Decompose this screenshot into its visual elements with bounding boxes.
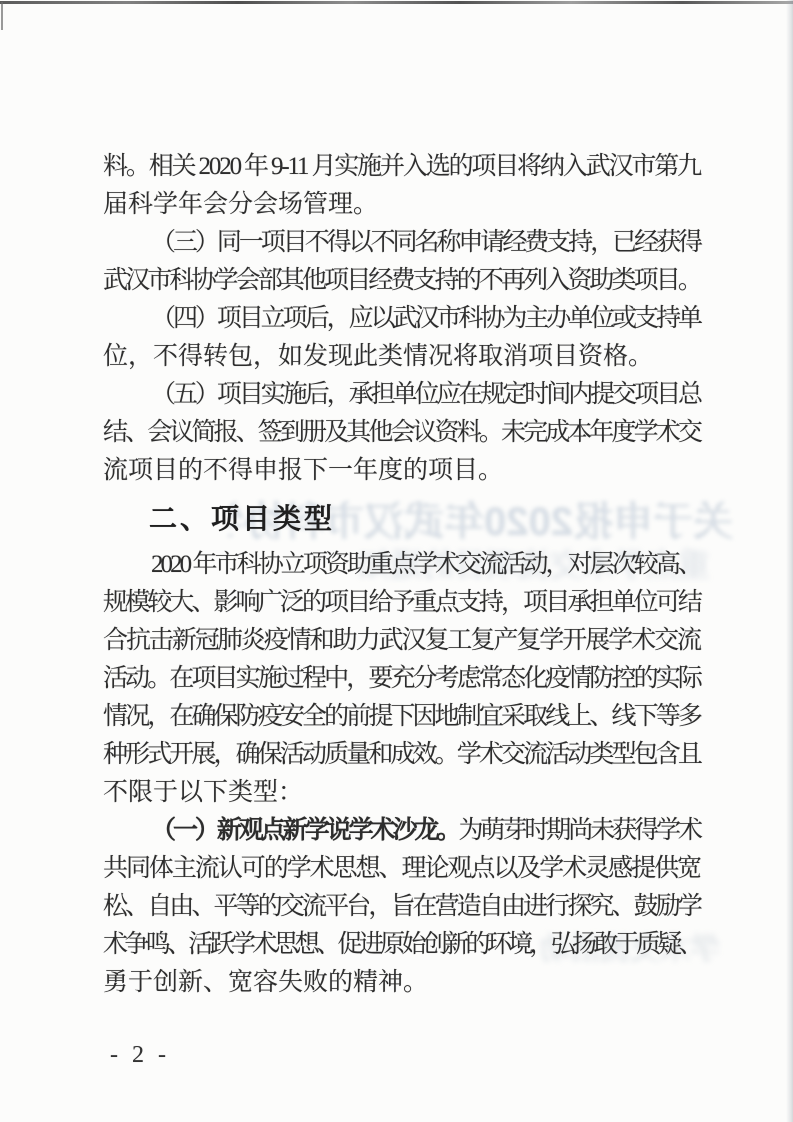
doc-line-text: 情况，在确保防疫安全的前提下因地制宜采取线上、线下等多 [103, 703, 700, 730]
scan-edge-right [786, 0, 793, 1122]
doc-line: 松、自由、平等的交流平台，旨在营造自由进行探究、鼓励学 [103, 888, 700, 926]
doc-line: （一）新观点新学说学术沙龙。为萌芽时期尚未获得学术 [103, 812, 700, 850]
document-body: 料。相关 2020 年 9-11 月实施并入选的项目将纳入武汉市第九 届科学年会… [103, 148, 700, 1002]
doc-line: 规模较大、影响广泛的项目给予重点支持，项目承担单位可结 [103, 584, 700, 622]
doc-line: 种形式开展，确保活动质量和成效。学术交流活动类型包含且 [103, 736, 700, 774]
doc-line-text: 术争鸣、活跃学术思想、促进原始创新的环境，弘扬敢于质疑、 [103, 931, 700, 958]
doc-line-text: 武汉市科协学会部其他项目经费支持的不再列入资助类项目。 [103, 267, 700, 294]
section-heading: 二、项目类型 [103, 499, 700, 539]
doc-line: 不限于以下类型： [103, 774, 700, 812]
doc-line: 活动。在项目实施过程中，要充分考虑常态化疫情防控的实际 [103, 660, 700, 698]
page-number: - 2 - [110, 1042, 170, 1069]
doc-line-text: 结、会议简报、签到册及其他会议资料。未完成本年度学术交 [103, 419, 700, 446]
doc-line-text: （四）项目立项后，应以武汉市科协为主办单位或支持单 [151, 305, 700, 332]
doc-line: 结、会议简报、签到册及其他会议资料。未完成本年度学术交 [103, 414, 700, 452]
doc-line: （四）项目立项后，应以武汉市科协为主办单位或支持单 [103, 300, 700, 338]
doc-line: 2020 年市科协立项资助重点学术交流活动，对层次较高、 [103, 546, 700, 584]
doc-line: 情况，在确保防疫安全的前提下因地制宜采取线上、线下等多 [103, 698, 700, 736]
doc-line: 合抗击新冠肺炎疫情和助力武汉复工复产复学开展学术交流 [103, 622, 700, 660]
doc-line: 料。相关 2020 年 9-11 月实施并入选的项目将纳入武汉市第九 [103, 148, 700, 186]
scan-edge-top [0, 1, 793, 4]
doc-line-text: 规模较大、影响广泛的项目给予重点支持，项目承担单位可结 [103, 589, 700, 616]
doc-line: 术争鸣、活跃学术思想、促进原始创新的环境，弘扬敢于质疑、 [103, 926, 700, 964]
doc-line: 位，不得转包，如发现此类情况将取消项目资格。 [103, 338, 700, 376]
doc-line-text: 勇于创新、宽容失败的精神。 [103, 969, 428, 996]
doc-line-text: 届科学年会分会场管理。 [103, 191, 378, 218]
doc-line: （三）同一项目不得以不同名称申请经费支持，已经获得 [103, 224, 700, 262]
scanned-document-page: 关于申报2020年武汉市科协学术年会 重点学术交流项目的通知 学术交流活动 料。… [0, 0, 793, 1122]
doc-line-text: 料。相关 2020 年 9-11 月实施并入选的项目将纳入武汉市第九 [103, 153, 700, 180]
doc-line: 共同体主流认可的学术思想、理论观点以及学术灵感提供宽 [103, 850, 700, 888]
doc-line-text: 不限于以下类型： [103, 779, 303, 806]
scan-edge-left [1, 2, 3, 30]
doc-line-text: 2020 年市科协立项资助重点学术交流活动，对层次较高、 [151, 551, 700, 578]
doc-line-text: （三）同一项目不得以不同名称申请经费支持，已经获得 [151, 229, 700, 256]
doc-line-text: 共同体主流认可的学术思想、理论观点以及学术灵感提供宽 [103, 855, 700, 882]
doc-line-text: （五）项目实施后，承担单位应在规定时间内提交项目总 [151, 381, 700, 408]
doc-line-text: 种形式开展，确保活动质量和成效。学术交流活动类型包含且 [103, 741, 700, 768]
doc-line: 武汉市科协学会部其他项目经费支持的不再列入资助类项目。 [103, 262, 700, 300]
doc-line: 届科学年会分会场管理。 [103, 186, 700, 224]
doc-line-text: 位，不得转包，如发现此类情况将取消项目资格。 [103, 343, 653, 370]
doc-line: 流项目的不得申报下一年度的项目。 [103, 452, 700, 490]
doc-line: （五）项目实施后，承担单位应在规定时间内提交项目总 [103, 376, 700, 414]
doc-line-text: 活动。在项目实施过程中，要充分考虑常态化疫情防控的实际 [103, 665, 700, 692]
doc-line: 勇于创新、宽容失败的精神。 [103, 964, 700, 1002]
doc-line-text: 为萌芽时期尚未获得学术 [458, 817, 700, 844]
doc-line-text: 松、自由、平等的交流平台，旨在营造自由进行探究、鼓励学 [103, 893, 700, 920]
doc-line-text: 合抗击新冠肺炎疫情和助力武汉复工复产复学开展学术交流 [103, 627, 700, 654]
doc-line-text: 流项目的不得申报下一年度的项目。 [103, 457, 503, 484]
doc-line-text: （一）新观点新学说学术沙龙。为萌芽时期尚未获得学术 [151, 817, 700, 844]
item-lead-kai-text: （一）新观点新学说学术沙龙。 [151, 817, 458, 844]
